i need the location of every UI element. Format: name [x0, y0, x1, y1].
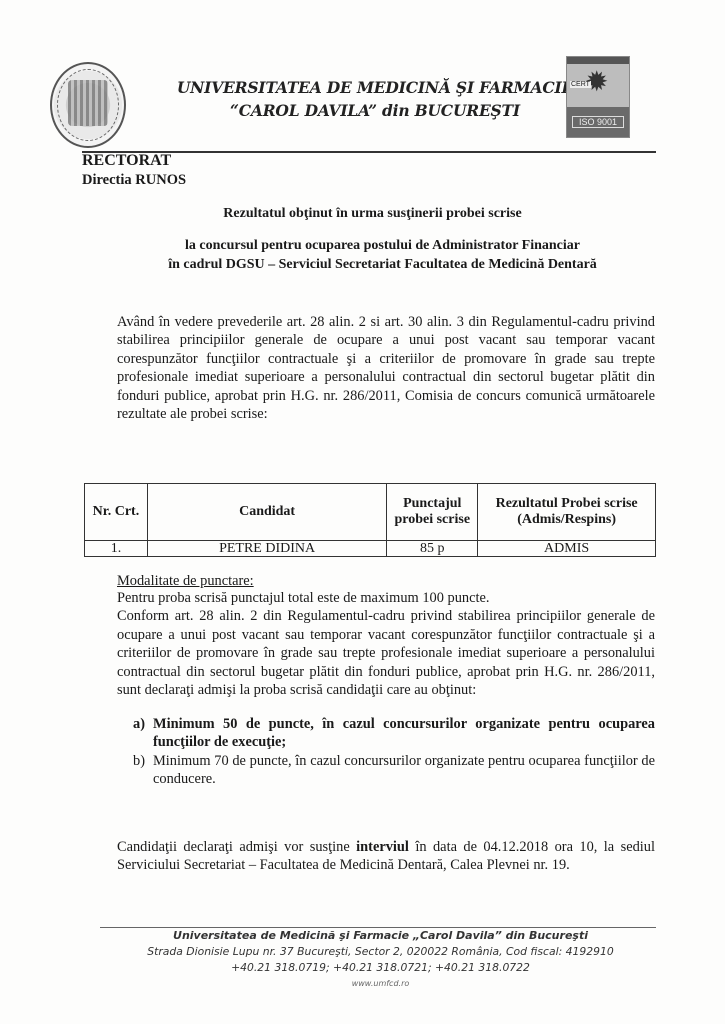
- document-title: Rezultatul obţinut în urma susţinerii pr…: [0, 204, 725, 223]
- results-table: Nr. Crt. Candidat Punctajul probei scris…: [84, 483, 656, 557]
- scoring-paragraph: Pentru proba scrisă punctajul total este…: [117, 589, 655, 699]
- university-name-line1: UNIVERSITATEA DE MEDICINĂ ŞI FARMACIE: [150, 76, 600, 99]
- university-name: UNIVERSITATEA DE MEDICINĂ ŞI FARMACIE “C…: [150, 76, 600, 122]
- interview-bold: interviul: [356, 839, 409, 855]
- scoring-title: Modalitate de punctare:: [117, 572, 254, 590]
- cell-rezultat: ADMIS: [478, 541, 656, 557]
- iso-certification-icon: ✹ CERT ISO 9001: [566, 56, 630, 138]
- footer-address: Strada Dionisie Lupu nr. 37 Bucureşti, S…: [0, 944, 725, 960]
- list-item: a) Minimum 50 de puncte, în cazul concur…: [133, 715, 655, 752]
- department-directia: Directia RUNOS: [82, 171, 186, 189]
- subtitle-line1: la concursul pentru ocuparea postului de…: [40, 236, 725, 255]
- cell-punctaj: 85 p: [387, 541, 478, 557]
- cell-candidat: PETRE DIDINA: [147, 541, 386, 557]
- header-nr-crt: Nr. Crt.: [85, 484, 148, 541]
- list-item-label: b): [133, 752, 153, 789]
- list-item: b) Minimum 70 de puncte, în cazul concur…: [133, 752, 655, 789]
- document-subtitle: la concursul pentru ocuparea postului de…: [0, 236, 725, 274]
- university-name-line2: “CAROL DAVILA” din BUCUREŞTI: [150, 99, 600, 122]
- cell-nr: 1.: [85, 541, 148, 557]
- scoring-rule-paragraph: Conform art. 28 alin. 2 din Regulamentul…: [117, 607, 655, 699]
- cert-label: CERT: [570, 81, 591, 88]
- header-rezultat: Rezultatul Probei scrise (Admis/Respins): [478, 484, 656, 541]
- header-punctaj: Punctajul probei scrise: [387, 484, 478, 541]
- list-item-text: Minimum 50 de puncte, în cazul concursur…: [153, 715, 655, 752]
- seal-emblem: [68, 80, 108, 126]
- intro-paragraph: Având în vedere prevederile art. 28 alin…: [117, 313, 655, 423]
- subtitle-line2: în cadrul DGSU – Serviciul Secretariat F…: [40, 255, 725, 274]
- footer-website-link[interactable]: www.umfcd.ro: [0, 976, 725, 992]
- table-header-row: Nr. Crt. Candidat Punctajul probei scris…: [85, 484, 656, 541]
- footer-university: Universitatea de Medicină şi Farmacie „C…: [0, 928, 725, 944]
- department-rectorat: RECTORAT: [82, 152, 171, 170]
- table-row: 1. PETRE DIDINA 85 p ADMIS: [85, 541, 656, 557]
- interview-text-1: Candidaţii declaraţi admişi vor susţine: [117, 839, 356, 855]
- university-seal-icon: [50, 62, 126, 148]
- scoring-criteria-list: a) Minimum 50 de puncte, în cazul concur…: [133, 715, 655, 789]
- iso-label: ISO 9001: [572, 116, 624, 128]
- list-item-label: a): [133, 715, 153, 752]
- iso-top-band: [567, 57, 629, 64]
- interview-paragraph: Candidaţii declaraţi admişi vor susţine …: [117, 838, 655, 875]
- scoring-total-line: Pentru proba scrisă punctajul total este…: [117, 589, 655, 607]
- list-item-text: Minimum 70 de puncte, în cazul concursur…: [153, 752, 655, 789]
- header-candidat: Candidat: [147, 484, 386, 541]
- footer-phones: +40.21 318.0719; +40.21 318.0721; +40.21…: [0, 960, 725, 976]
